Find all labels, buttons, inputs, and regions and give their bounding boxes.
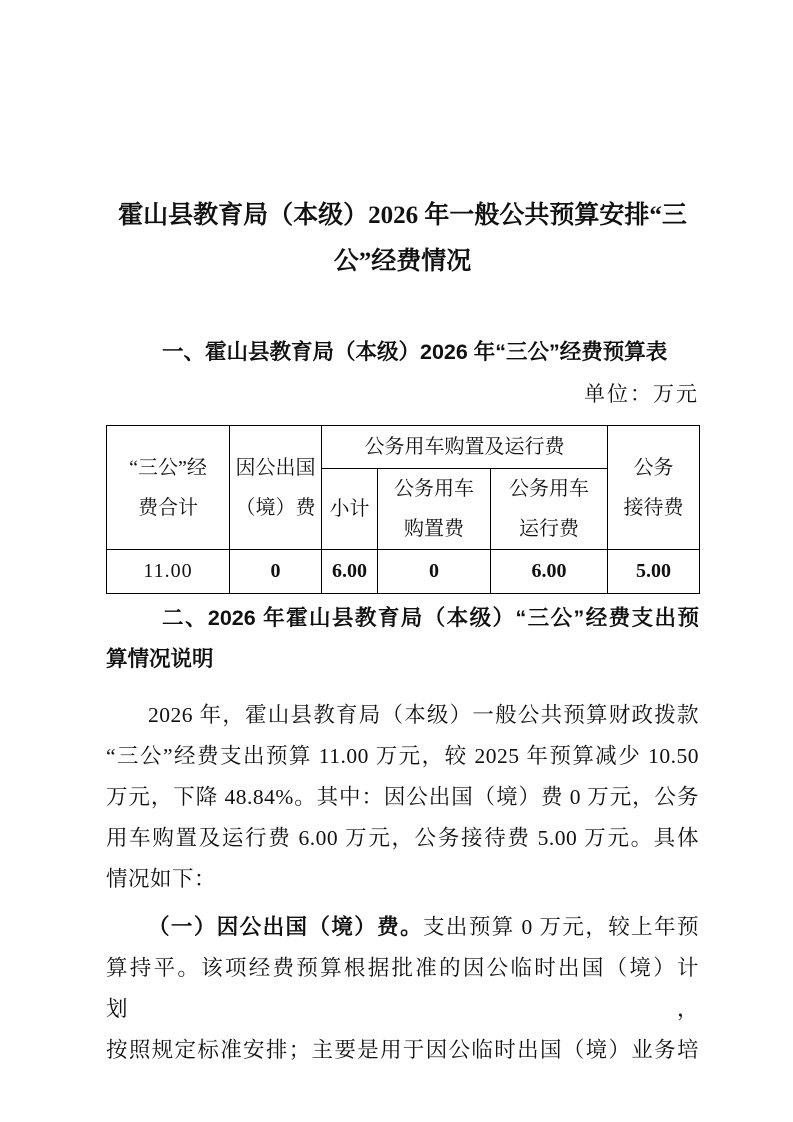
paragraph-1-line-5: 情况如下： [106, 859, 699, 900]
document-title: 霍山县教育局（本级）2026 年一般公共预算安排“三 公”经费情况 [106, 193, 699, 285]
section-2-heading-line-2: 算情况说明 [106, 639, 699, 680]
document-page: 霍山县教育局（本级）2026 年一般公共预算安排“三 公”经费情况 一、霍山县教… [0, 0, 793, 1122]
value-abroad: 0 [230, 550, 322, 594]
paragraph-2-line-2: 算持平。该项经费预算根据批准的因公临时出国（境）计划， [106, 948, 699, 1030]
budget-table: “三公”经 费合计 因公出国 （境）费 公务用车购置及运行费 公务 接待费 小计… [106, 425, 700, 594]
table-header-row-1: “三公”经 费合计 因公出国 （境）费 公务用车购置及运行费 公务 接待费 [107, 426, 700, 469]
header-cell-reception: 公务 接待费 [608, 426, 700, 550]
section-2-heading: 二、2026 年霍山县教育局（本级）“三公”经费支出预 算情况说明 [106, 598, 699, 680]
value-subtotal: 6.00 [322, 550, 378, 594]
paragraph-2-bold-lead: （一）因公出国（境）费。 [148, 915, 423, 939]
header-cell-operation: 公务用车 运行费 [491, 469, 608, 550]
section-2-heading-line-1: 二、2026 年霍山县教育局（本级）“三公”经费支出预 [106, 598, 699, 639]
paragraph-1: 2026 年，霍山县教育局（本级）一般公共预算财政拨款 “三公”经费支出预算 1… [106, 695, 699, 900]
header-cell-total: “三公”经 费合计 [107, 426, 230, 550]
value-total: 11.00 [107, 550, 230, 594]
header-cell-abroad: 因公出国 （境）费 [230, 426, 322, 550]
page-content: 霍山县教育局（本级）2026 年一般公共预算安排“三 公”经费情况 一、霍山县教… [0, 0, 793, 1071]
value-reception: 5.00 [608, 550, 700, 594]
value-purchase: 0 [378, 550, 491, 594]
paragraph-2-line-3: 按照规定标准安排；主要是用于因公临时出国（境）业务培 [106, 1030, 699, 1071]
header-cell-subtotal: 小计 [322, 469, 378, 550]
paragraph-2-line-1-rest: 支出预算 0 万元，较上年预 [423, 915, 699, 939]
title-line-2: 公”经费情况 [106, 239, 699, 285]
paragraph-1-line-4: 用车购置及运行费 6.00 万元，公务接待费 5.00 万元。具体 [106, 818, 699, 859]
section-1-heading: 一、霍山县教育局（本级）2026 年“三公”经费预算表 [106, 332, 699, 373]
value-operation: 6.00 [491, 550, 608, 594]
header-cell-vehicle-band: 公务用车购置及运行费 [322, 426, 608, 469]
paragraph-2-line-1: （一）因公出国（境）费。支出预算 0 万元，较上年预 [106, 907, 699, 948]
table-data-row: 11.00 0 6.00 0 6.00 5.00 [107, 550, 700, 594]
paragraph-1-line-2: “三公”经费支出预算 11.00 万元，较 2025 年预算减少 10.50 [106, 736, 699, 777]
unit-label: 单位：万元 [106, 374, 699, 415]
paragraph-2: （一）因公出国（境）费。支出预算 0 万元，较上年预 算持平。该项经费预算根据批… [106, 907, 699, 1071]
paragraph-1-line-1: 2026 年，霍山县教育局（本级）一般公共预算财政拨款 [106, 695, 699, 736]
header-cell-purchase: 公务用车 购置费 [378, 469, 491, 550]
paragraph-1-line-3: 万元，下降 48.84%。其中：因公出国（境）费 0 万元，公务 [106, 777, 699, 818]
title-line-1: 霍山县教育局（本级）2026 年一般公共预算安排“三 [106, 193, 699, 239]
